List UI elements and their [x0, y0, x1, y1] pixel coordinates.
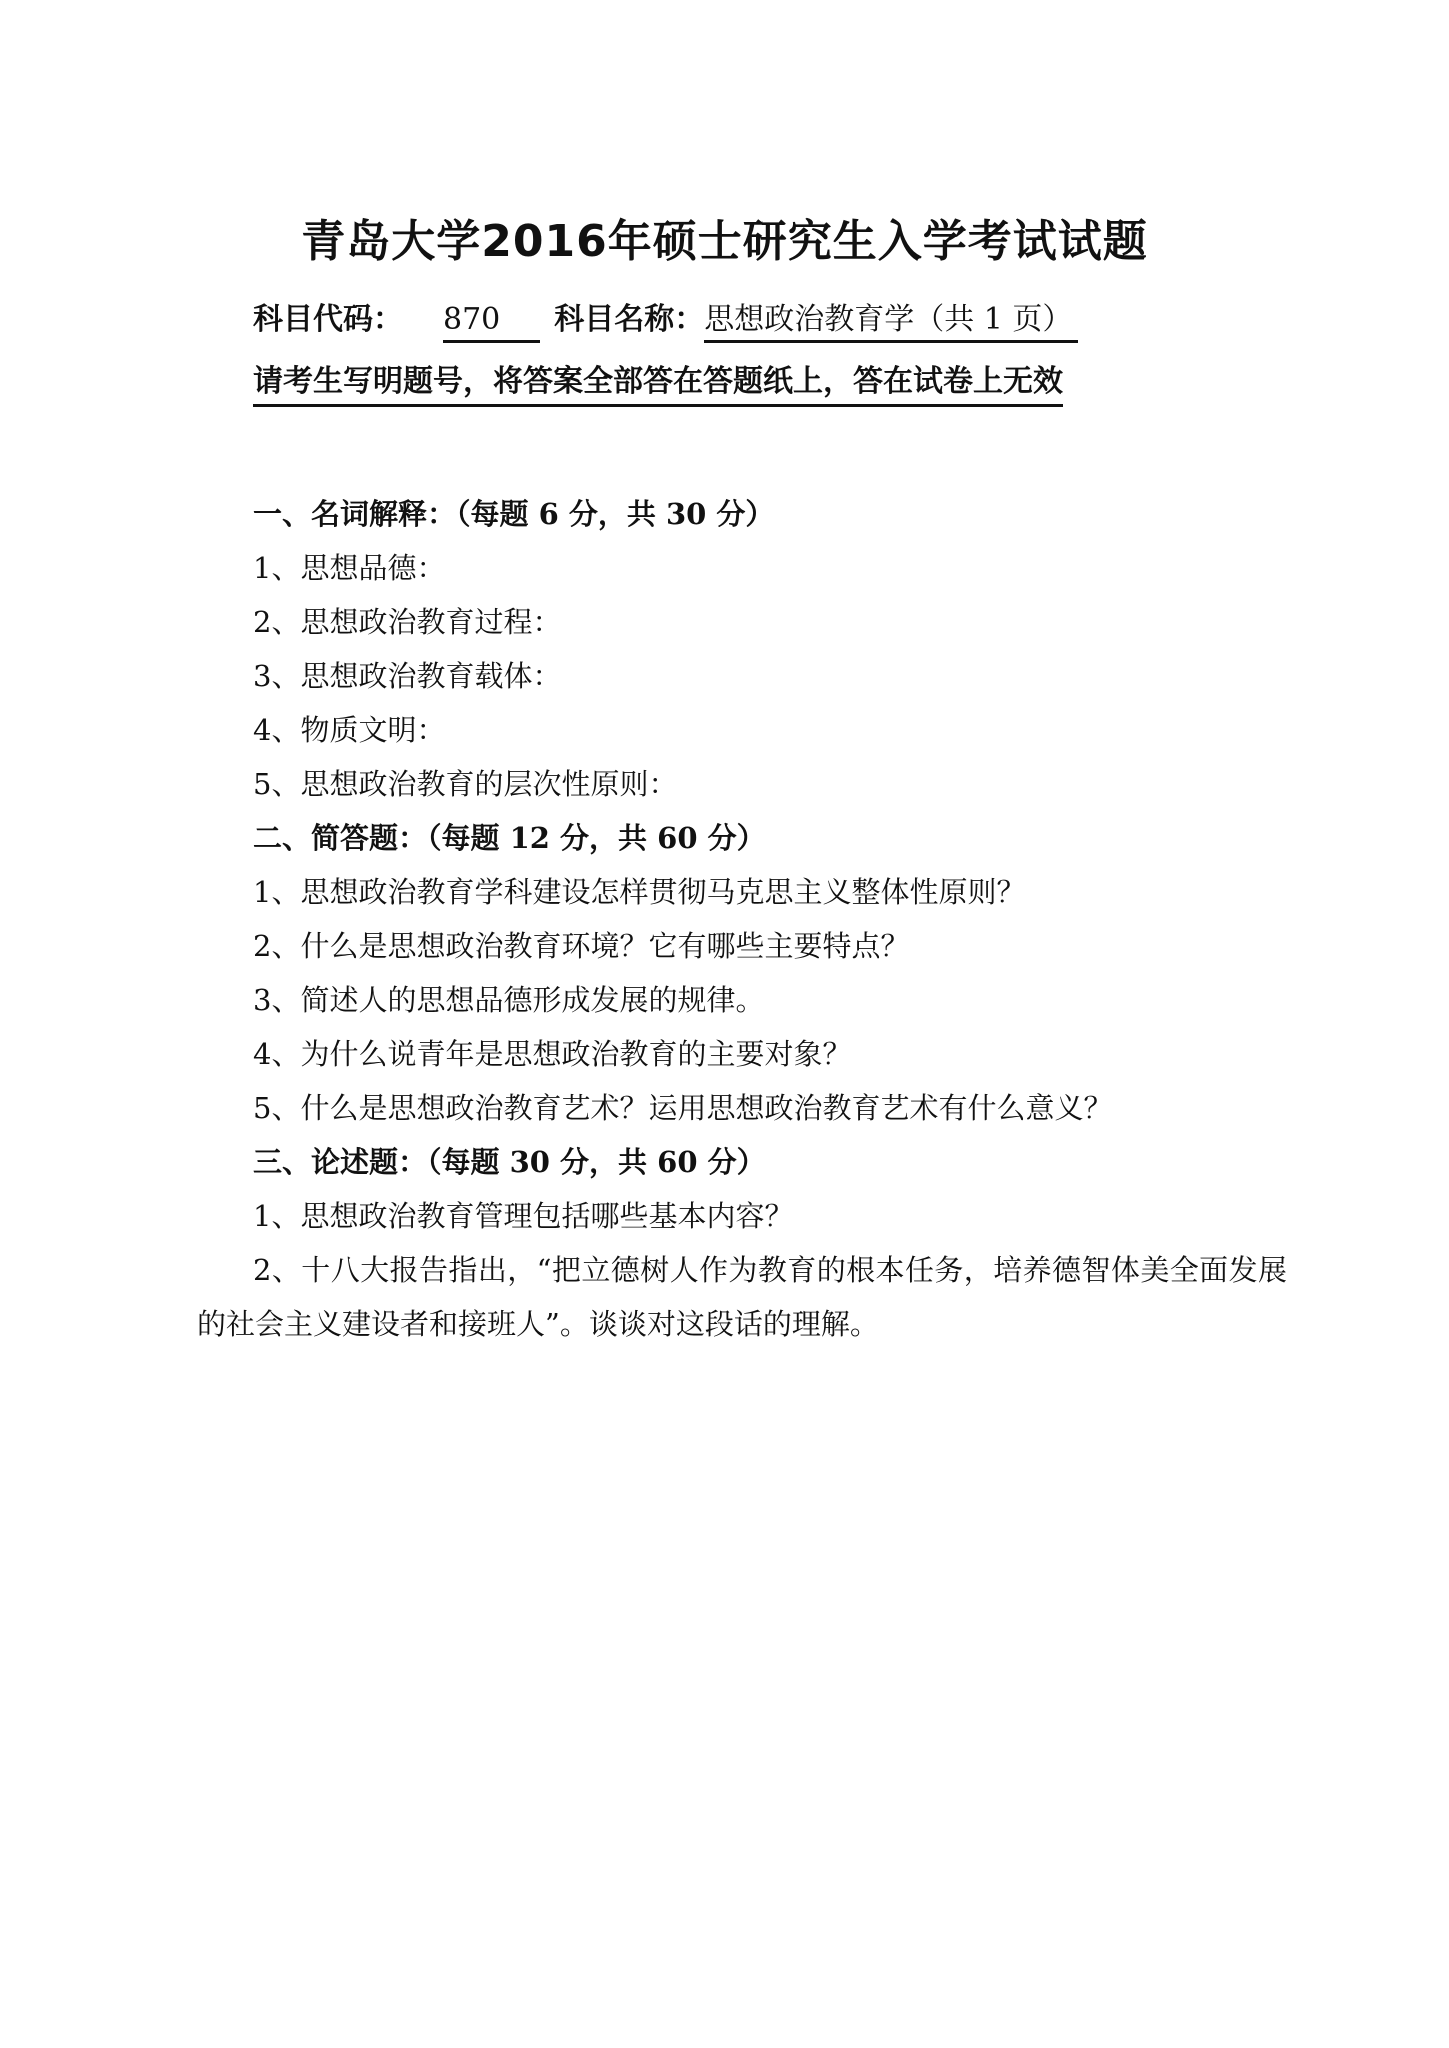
section-heading-essay: 三、论述题：（每题 30 分，共 60 分）	[253, 1135, 1283, 1189]
subject-code-label: 科目代码：	[253, 300, 403, 340]
subject-code: 870	[443, 300, 540, 343]
question-item: 5、思想政治教育的层次性原则：	[253, 757, 1283, 811]
exam-instruction: 请考生写明题号，将答案全部答在答题纸上，答在试卷上无效	[253, 362, 1063, 407]
question-item: 1、思想政治教育学科建设怎样贯彻马克思主义整体性原则？	[253, 865, 1283, 919]
exam-page: 青岛大学2016年硕士研究生入学考试试题 科目代码：870科目名称：思想政治教育…	[0, 0, 1449, 2048]
question-item: 3、简述人的思想品德形成发展的规律。	[253, 973, 1283, 1027]
subject-name-label: 科目名称：	[554, 300, 704, 340]
question-item: 1、思想政治教育管理包括哪些基本内容？	[253, 1189, 1283, 1243]
question-item: 2、什么是思想政治教育环境？它有哪些主要特点？	[253, 919, 1283, 973]
question-item: 4、为什么说青年是思想政治教育的主要对象？	[253, 1027, 1283, 1081]
subject-info: 科目代码：870科目名称：思想政治教育学（共 1 页）	[253, 300, 1078, 343]
subject-name: 思想政治教育学（共 1 页）	[704, 300, 1078, 343]
question-item-essay: 2、十八大报告指出，“把立德树人作为教育的根本任务，培养德智体美全面发展的社会主…	[197, 1243, 1287, 1351]
question-item: 1、思想品德：	[253, 541, 1283, 595]
section-heading-terms: 一、名词解释：（每题 6 分，共 30 分）	[253, 487, 1283, 541]
question-item: 4、物质文明：	[253, 703, 1283, 757]
question-item: 3、思想政治教育载体：	[253, 649, 1283, 703]
question-item: 2、思想政治教育过程：	[253, 595, 1283, 649]
question-item: 5、什么是思想政治教育艺术？运用思想政治教育艺术有什么意义？	[253, 1081, 1283, 1135]
exam-title: 青岛大学2016年硕士研究生入学考试试题	[0, 212, 1449, 272]
exam-body: 一、名词解释：（每题 6 分，共 30 分） 1、思想品德： 2、思想政治教育过…	[253, 487, 1283, 1351]
section-heading-short-answer: 二、简答题：（每题 12 分，共 60 分）	[253, 811, 1283, 865]
